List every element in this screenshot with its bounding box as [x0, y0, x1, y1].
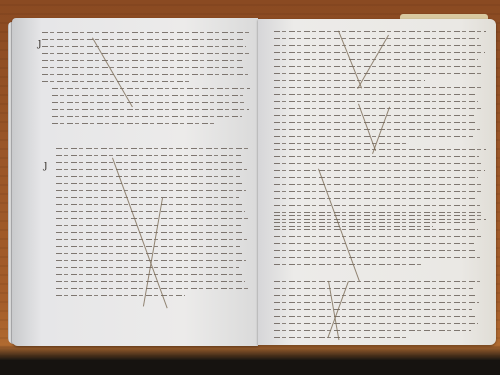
handwriting-line — [52, 102, 246, 103]
paragraph-1 — [274, 31, 486, 87]
paragraph-2 — [52, 88, 250, 130]
handwriting-line — [274, 136, 473, 137]
handwriting-line — [274, 302, 479, 303]
handwriting-line — [42, 39, 243, 40]
handwriting-line — [274, 316, 475, 317]
handwriting-line — [274, 101, 478, 102]
handwriting-line — [274, 163, 482, 164]
handwriting-line — [52, 88, 250, 89]
left-page: ȷ ȷ — [12, 18, 258, 346]
handwriting-line — [52, 116, 242, 117]
paragraph-5 — [274, 281, 480, 344]
floor-shadow — [0, 360, 500, 375]
handwriting-line — [274, 288, 473, 289]
handwriting-line — [274, 184, 481, 185]
handwriting-line — [56, 246, 240, 247]
handwriting-line — [274, 243, 474, 244]
handwriting-line — [274, 66, 481, 67]
handwriting-line — [274, 323, 478, 324]
handwriting-line — [274, 212, 483, 213]
handwriting-line — [274, 143, 408, 144]
handwriting-line — [56, 197, 239, 198]
paragraph-1 — [42, 32, 250, 88]
handwriting-line — [274, 73, 484, 74]
handwriting-line — [56, 253, 243, 254]
handwriting-line — [274, 59, 478, 60]
handwriting-line — [274, 295, 476, 296]
handwriting-line — [274, 222, 475, 223]
handwriting-line — [274, 31, 486, 32]
handwriting-line — [274, 115, 474, 116]
handwriting-line — [56, 295, 185, 296]
handwriting-line — [274, 38, 479, 39]
handwriting-line — [274, 205, 480, 206]
handwriting-line — [56, 225, 241, 226]
handwriting-line — [56, 190, 246, 191]
handwriting-line — [56, 183, 243, 184]
handwriting-line — [56, 281, 245, 282]
handwriting-line — [274, 94, 475, 95]
handwriting-line — [274, 149, 486, 150]
handwriting-line — [274, 281, 480, 282]
handwriting-line — [274, 170, 485, 171]
handwriting-line — [56, 162, 244, 163]
handwriting-line — [274, 52, 485, 53]
handwriting-line — [42, 74, 248, 75]
handwriting-line — [52, 109, 249, 110]
handwriting-line — [274, 337, 406, 338]
handwriting-line — [56, 169, 247, 170]
handwriting-line — [42, 67, 245, 68]
handwriting-line — [274, 257, 480, 258]
paragraph-2 — [274, 87, 482, 150]
handwriting-line — [274, 215, 482, 216]
handwriting-line — [274, 264, 421, 265]
handwriting-line — [274, 330, 471, 331]
handwriting-line — [56, 232, 244, 233]
handwriting-line — [56, 148, 248, 149]
handwriting-line — [42, 32, 250, 33]
margin-mark: ȷ — [44, 158, 47, 171]
handwriting-line — [274, 129, 480, 130]
handwriting-line — [56, 204, 242, 205]
handwriting-line — [56, 267, 239, 268]
right-page — [258, 19, 496, 345]
handwriting-line — [274, 229, 478, 230]
margin-mark: ȷ — [38, 36, 41, 49]
handwriting-line — [274, 198, 477, 199]
handwriting-line — [42, 46, 246, 47]
handwriting-line — [56, 155, 241, 156]
handwriting-line — [274, 80, 425, 81]
handwriting-line — [274, 191, 484, 192]
handwriting-line — [274, 236, 481, 237]
handwriting-line — [56, 211, 245, 212]
handwriting-line — [274, 309, 472, 310]
paragraph-3 — [56, 148, 248, 302]
handwriting-line — [52, 123, 215, 124]
paragraph-4 — [274, 215, 482, 271]
handwriting-line — [274, 108, 481, 109]
handwriting-line — [274, 122, 477, 123]
handwriting-line — [42, 81, 189, 82]
handwriting-line — [52, 95, 243, 96]
handwriting-line — [42, 53, 249, 54]
handwriting-line — [56, 239, 247, 240]
handwriting-line — [56, 218, 248, 219]
handwriting-line — [56, 288, 248, 289]
handwriting-line — [274, 45, 482, 46]
handwriting-line — [274, 156, 479, 157]
handwriting-line — [274, 87, 482, 88]
handwriting-line — [56, 176, 240, 177]
handwriting-line — [274, 177, 478, 178]
handwriting-line — [274, 250, 477, 251]
handwriting-line — [42, 60, 242, 61]
